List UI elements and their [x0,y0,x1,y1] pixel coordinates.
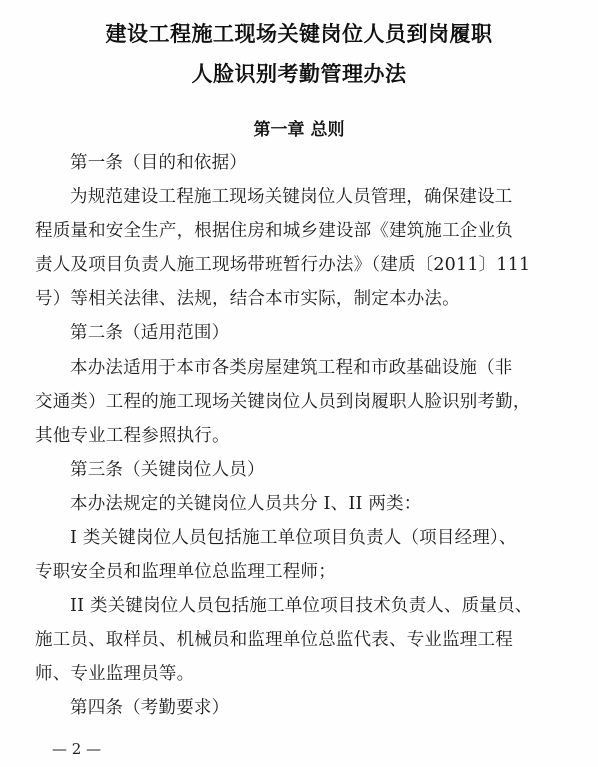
body-line: 程质量和安全生产，根据住房和城乡建设部《建筑施工企业负 [35,217,535,242]
article-heading: 第一条（目的和依据） [70,149,535,174]
article-heading: 第三条（关键岗位人员） [70,456,535,481]
body-line: 交通类）工程的施工现场关键岗位人员到岗履职人脸识别考勤， [35,388,535,413]
page-number: — 2 — [52,740,101,758]
body-line: 施工员、取样员、机械员和监理单位总监代表、专业监理工程 [35,626,535,651]
document-page: 建设工程施工现场关键岗位人员到岗履职 人脸识别考勤管理办法 第一章 总则 第一条… [0,0,598,767]
body-line: 本办法规定的关键岗位人员共分 I、II 两类： [70,490,535,515]
body-line: II 类关键岗位人员包括施工单位项目技术负责人、质量员、 [70,592,535,617]
chapter-heading: 第一章 总则 [0,115,598,140]
body-line: 责人及项目负责人施工现场带班暂行办法》（建质〔2011〕111 [35,251,535,276]
article-heading: 第四条（考勤要求） [70,694,535,719]
document-title-line-2: 人脸识别考勤管理办法 [0,58,598,88]
body-line: 为规范建设工程施工现场关键岗位人员管理，确保建设工 [70,183,535,208]
body-line: 其他专业工程参照执行。 [35,422,535,447]
body-line: 师、专业监理员等。 [35,660,535,685]
article-heading: 第二条（适用范围） [70,319,535,344]
body-line: I 类关键岗位人员包括施工单位项目负责人（项目经理）、 [70,524,535,549]
body-line: 号）等相关法律、法规，结合本市实际，制定本办法。 [35,285,535,310]
body-line: 专职安全员和监理单位总监理工程师； [35,558,535,583]
body-line: 本办法适用于本市各类房屋建筑工程和市政基础设施（非 [70,354,535,379]
document-title-line-1: 建设工程施工现场关键岗位人员到岗履职 [0,18,598,48]
